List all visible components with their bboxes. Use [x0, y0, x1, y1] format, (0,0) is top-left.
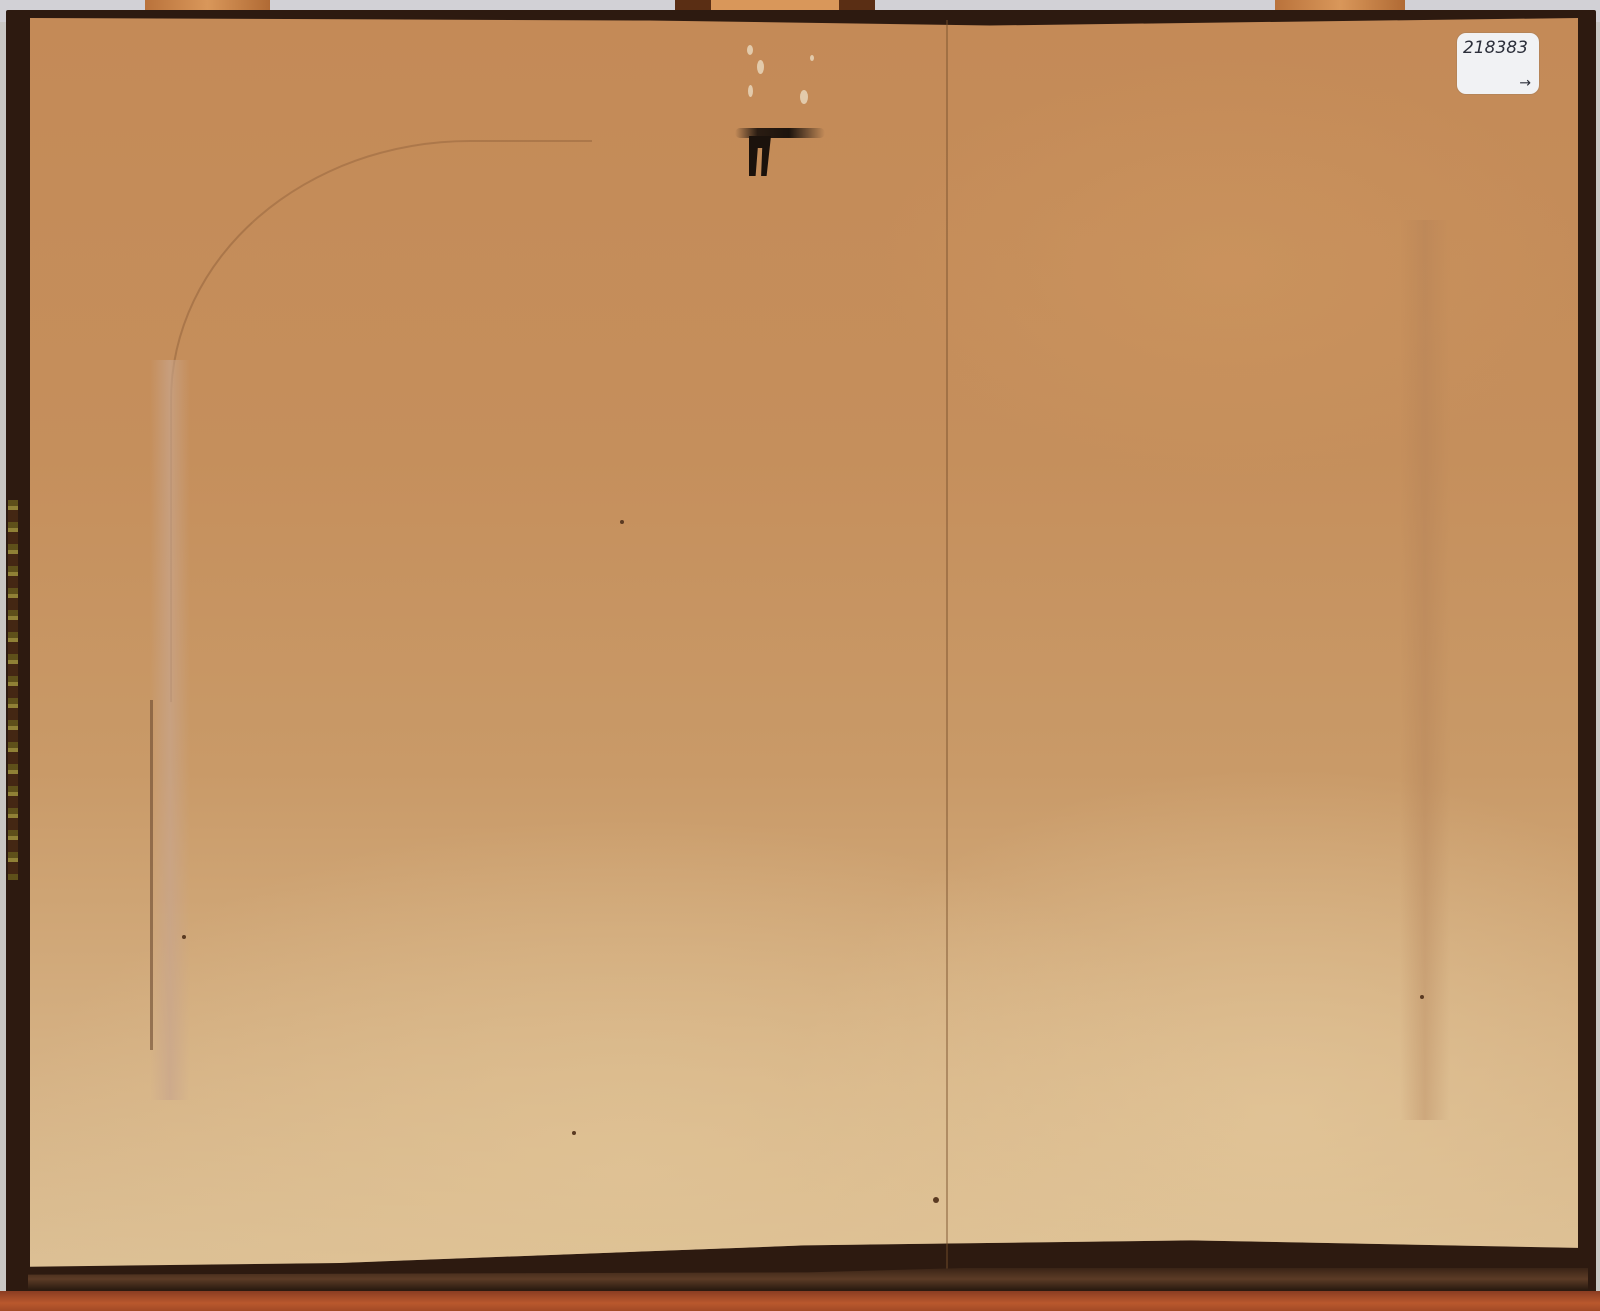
backing-spot	[1420, 995, 1424, 999]
hanger-hook-icon	[735, 120, 825, 180]
backing-spot	[182, 935, 186, 939]
tape-stain-left	[150, 360, 190, 1100]
backing-spot	[620, 520, 624, 524]
paint-spots	[745, 35, 825, 125]
inventory-label: 218383 ↗	[1457, 33, 1539, 94]
frame-gilt-edge	[8, 500, 18, 880]
backing-spot	[933, 1197, 939, 1203]
tape-stain-right	[1400, 220, 1450, 1120]
backing-crack	[150, 700, 153, 1050]
arrow-icon: ↗	[1515, 73, 1535, 93]
inventory-number: 218383	[1463, 38, 1528, 58]
backing-spot	[572, 1131, 576, 1135]
easel-ledge	[0, 1291, 1600, 1311]
photo-scene: 218383 ↗	[0, 0, 1600, 1311]
backing-panel-seam	[946, 20, 948, 1270]
